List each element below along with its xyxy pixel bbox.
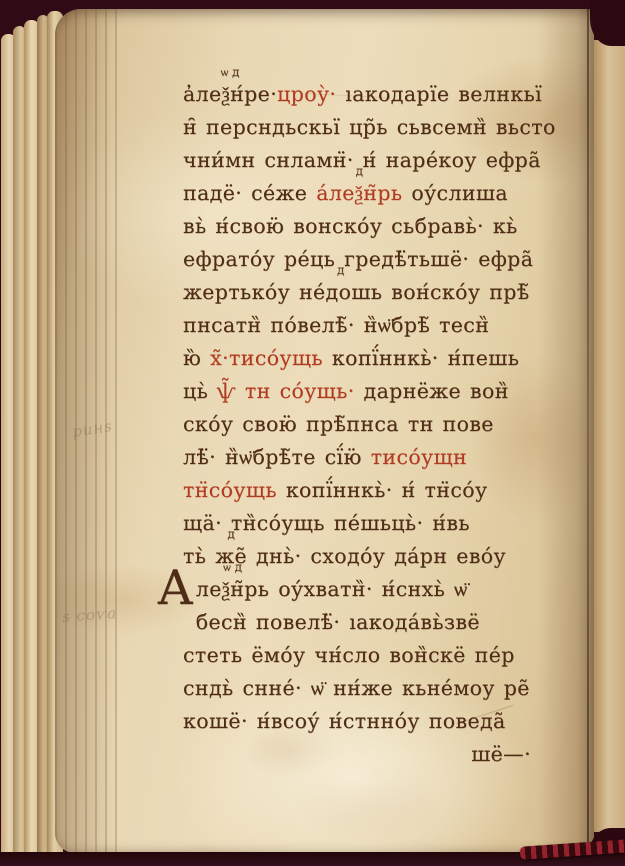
text-line: ю̏ х̃·тисо́ущь копї́ннкь̀· н́пешь: [183, 342, 593, 375]
superscript-letter: ѡ д: [221, 66, 240, 78]
text-run: оу́слиша: [402, 181, 508, 205]
text-line: жертько́у дне́дошь вон́ско́у прѣ̃: [183, 276, 593, 309]
text-line: стеть ёмо́у чн́сло вон̏скё пе́р: [183, 639, 593, 672]
text-run: щӓ· тн̏со́ущь пе́шьць̀· н́вь: [183, 511, 470, 535]
superscript-letter: д: [356, 165, 363, 177]
text-line: щӓ· тн̏со́ущь пе́шьць̀· н́вь: [183, 507, 593, 540]
text-run: ть̀: [183, 544, 215, 568]
rubric-run: х̃·тисо́ущь: [210, 346, 323, 370]
initial-letter: А: [157, 569, 194, 607]
text-line: ефрато́у ре́ць гредѣ̈тьшё· ефра̃: [183, 243, 593, 276]
text-line: ско́у свою̈ прѣ̃пнса тн пове: [183, 408, 593, 441]
rubric-run: тн̈со́ущь: [183, 478, 277, 502]
text-line: ць̀ ѱ̃ тн со́ущь· дарнёже вон̏: [183, 375, 593, 408]
text-line: сндь̀ снне́· ѡ̈ нн́же кьне́моу ре̃: [183, 672, 593, 705]
text-line: падё· се́же да́леѯн̃рь оу́слиша: [183, 177, 593, 210]
text-run: ць̀: [183, 379, 217, 403]
text-line: н̑ персндьскьї цр̃ь сьвсемн̏ вьсто: [183, 111, 593, 144]
text-run: бесн̏ повелѣ̈· ıакода́вь̀звё: [196, 610, 480, 634]
word-with-superscript: да́леѯн̃рь: [316, 177, 402, 210]
text-run: дарнёже вон̏: [355, 379, 509, 403]
text-line: пнсатн̏ по́велѣ̃· н̏ѡ̈брѣ̃ тесн̏: [183, 309, 593, 342]
text-run: копї́ннкь̀· н́пешь: [323, 346, 519, 370]
text-run: жертько́у: [183, 280, 299, 304]
text-line: тн̈со́ущь копї́ннкь̀· н́ тн̈со́у: [183, 474, 593, 507]
superscript-letter: д: [227, 528, 234, 540]
text-run: шё—·: [471, 742, 531, 766]
text-run: пнсатн̏ по́велѣ̃· н̏ѡ̈брѣ̃ тесн̏: [183, 313, 489, 337]
text-run: а̓леѯн́ре·: [183, 82, 277, 106]
text-run: вон́ско́у прѣ̃: [382, 280, 529, 304]
text-run: ıакодарїе велнкьї: [336, 82, 542, 106]
text-run: днь̀· сходо́у да́рн ево́у: [247, 544, 506, 568]
word-with-superscript: ѡ да̓леѯн́ре·: [183, 78, 277, 111]
text-line: Аѡ длеѯн̃рь оу́хватн̏· н́снхь̀ ѡ̈: [183, 573, 593, 606]
text-line: ѡ да̓леѯн́ре· цроу̀· ıакодарїе велнкьї: [183, 78, 593, 111]
rubric-run: цроу̀·: [277, 82, 336, 106]
text-line: шё—·: [183, 738, 593, 771]
text-line: вь̀ н́свою̈ вонско́у сьбравь̀· кь̀: [183, 210, 593, 243]
text-line: ть̀ дже̃ днь̀· сходо́у да́рн ево́у: [183, 540, 593, 573]
text-line: лѣ̈· н̏ѡ̈брѣ̃те сї́ю̈ тисо́ущн: [183, 441, 593, 474]
word-with-superscript: ѡ длеѯн̃рь: [196, 573, 270, 606]
manuscript-text-block: ѡ да̓леѯн́ре· цроу̀· ıакодарїе велнкьїн̑…: [183, 78, 593, 771]
rubric-run: ѱ̃ тн со́ущь·: [217, 379, 355, 403]
text-run: леѯн̃рь: [196, 577, 270, 601]
text-run: н̑ персндьскьї цр̃ь сьвсемн̏ вьсто: [183, 115, 556, 139]
text-run: вь̀ н́свою̈ вонско́у сьбравь̀· кь̀: [183, 214, 518, 238]
text-run: ско́у свою̈ прѣ̃пнса тн пове: [183, 412, 494, 436]
text-run: сндь̀ снне́· ѡ̈ нн́же кьне́моу ре̃: [183, 676, 530, 700]
text-run: лѣ̈· н̏ѡ̈брѣ̃те сї́ю̈: [183, 445, 371, 469]
superscript-letter: д: [337, 264, 344, 276]
pencil-marginalia: ѕ соѵа: [61, 604, 117, 626]
text-run: не́дошь: [299, 280, 382, 304]
text-run: стеть ёмо́у чн́сло вон̏скё пе́р: [183, 643, 515, 667]
rubric-run: а́леѯн̃рь: [316, 181, 402, 205]
text-run: ю̏: [183, 346, 210, 370]
text-run: оу́хватн̏· н́снхь̀ ѡ̈: [269, 577, 467, 601]
superscript-letter: ѡ д: [223, 561, 242, 573]
text-line: чни́мн снламн̈· н́ наре́коу ефра̃: [183, 144, 593, 177]
text-line: бесн̏ повелѣ̈· ıакода́вь̀звё: [183, 606, 593, 639]
text-run: ефрато́у ре́ць гредѣ̈тьшё· ефра̃: [183, 247, 533, 271]
text-line: кошё· н́всоу́ н́стнно́у поведа̃: [183, 705, 593, 738]
text-run: кошё· н́всоу́ н́стнно́у поведа̃: [183, 709, 506, 733]
facing-page-sliver: [594, 40, 625, 832]
rubric-run: тисо́ущн: [371, 445, 467, 469]
word-with-superscript: дне́дошь: [299, 276, 382, 309]
text-run: падё· се́же: [183, 181, 316, 205]
text-run: копї́ннкь̀· н́ тн̈со́у: [277, 478, 488, 502]
